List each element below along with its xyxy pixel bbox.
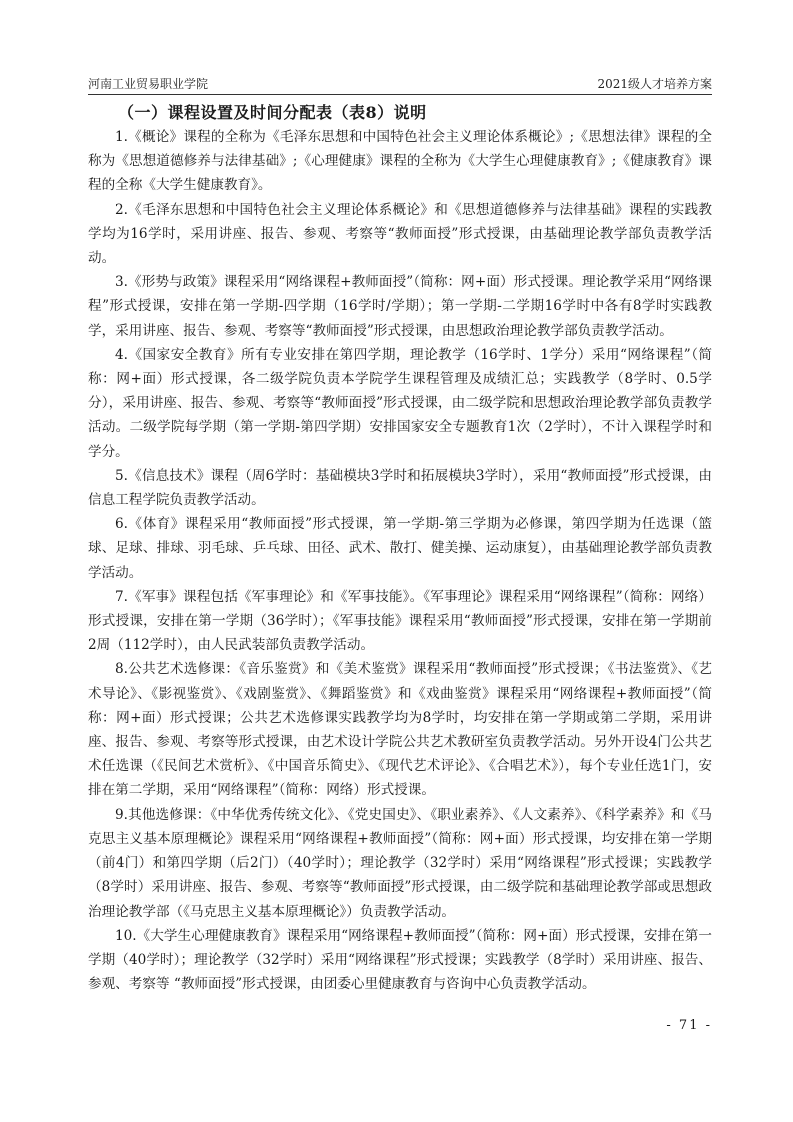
- paragraph-8: 8.公共艺术选修课：《音乐鉴赏》和《美术鉴赏》课程采用“教师面授”形式授课；《书…: [88, 657, 712, 802]
- paragraph-1: 1.《概论》课程的全称为《毛泽东思想和中国特色社会主义理论体系概论》;《思想法律…: [88, 125, 712, 198]
- paragraph-2: 2.《毛泽东思想和中国特色社会主义理论体系概论》和《思想道德修养与法律基础》课程…: [88, 198, 712, 271]
- header-document-title: 2021级人才培养方案: [597, 75, 712, 93]
- body-text: 1.《概论》课程的全称为《毛泽东思想和中国特色社会主义理论体系概论》;《思想法律…: [88, 125, 712, 996]
- paragraph-3: 3.《形势与政策》课程采用“网络课程+教师面授”（简称：网+面）形式授课。理论教…: [88, 270, 712, 343]
- paragraph-10: 10.《大学生心理健康教育》课程采用“网络课程+教师面授”（简称：网+面）形式授…: [88, 924, 712, 997]
- section-heading: （一）课程设置及时间分配表（表8）说明: [118, 101, 427, 125]
- paragraph-6: 6.《体育》课程采用“教师面授”形式授课，第一学期-第三学期为必修课，第四学期为…: [88, 512, 712, 585]
- page-number: - 71 -: [666, 1018, 712, 1033]
- paragraph-5: 5.《信息技术》课程（周6学时：基础模块3学时和拓展模块3学时），采用“教师面授…: [88, 464, 712, 512]
- paragraph-7: 7.《军事》课程包括《军事理论》和《军事技能》。《军事理论》课程采用“网络课程”…: [88, 585, 712, 658]
- paragraph-9: 9.其他选修课：《中华优秀传统文化》、《党史国史》、《职业素养》、《人文素养》、…: [88, 803, 712, 924]
- header-institution: 河南工业贸易职业学院: [88, 75, 208, 93]
- paragraph-4: 4.《国家安全教育》所有专业安排在第四学期，理论教学（16学时、1学分）采用“网…: [88, 343, 712, 464]
- header-divider: [88, 94, 712, 95]
- page-header: 河南工业贸易职业学院 2021级人才培养方案: [88, 75, 712, 93]
